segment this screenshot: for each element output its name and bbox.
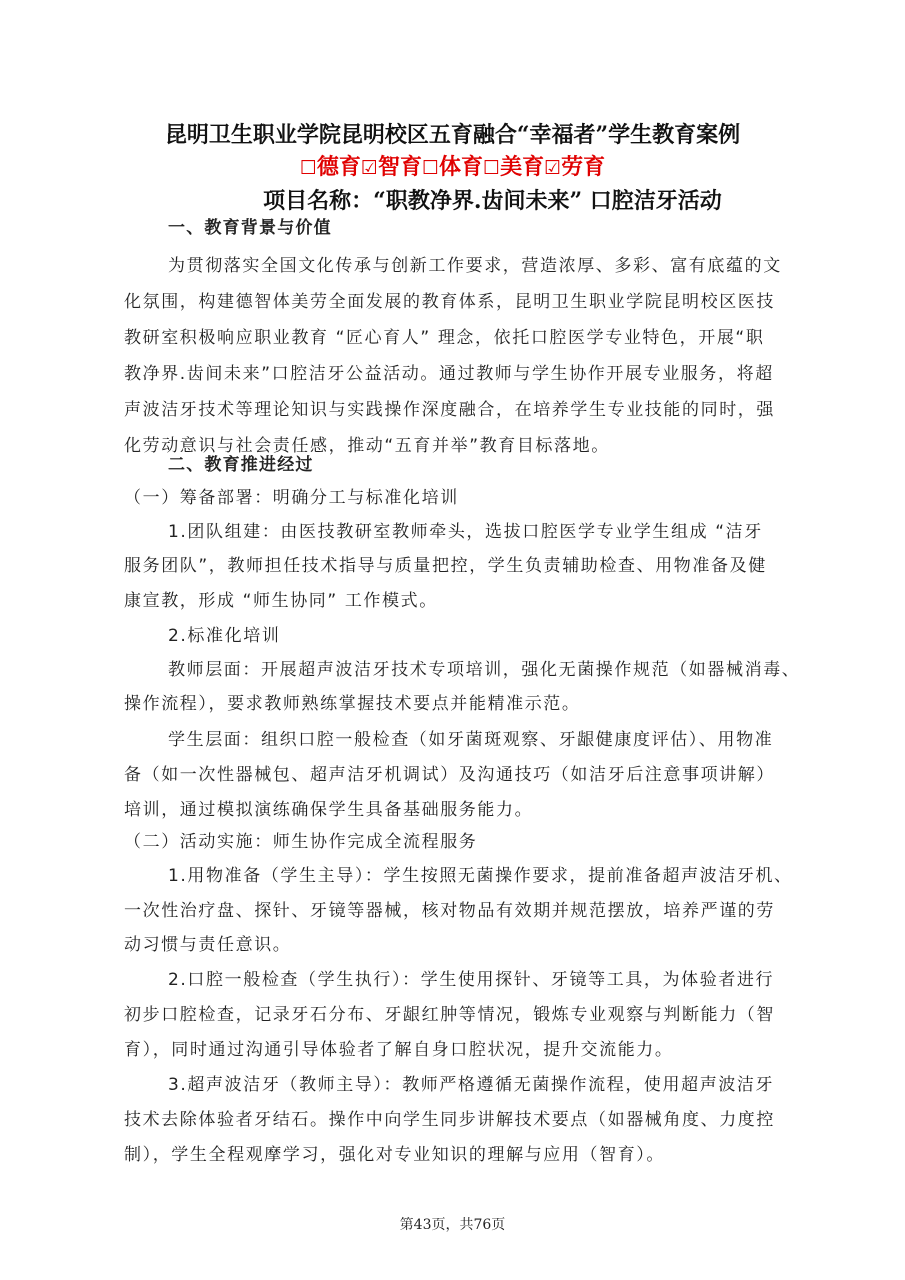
paragraph-line: 动习惯与责任意识。 (124, 935, 784, 955)
paragraph-line: 化氛围，构建德智体美劳全面发展的教育体系，昆明卫生职业学院昆明校区医技 (124, 292, 784, 312)
project-name: 项目名称：“职教净界.齿间未来” 口腔洁牙活动 (40, 184, 905, 215)
section-heading-process: 二、教育推进经过 (168, 455, 828, 475)
checkbox-deyu-unchecked-icon: ☐ (300, 157, 317, 179)
category-tiyu: 体育 (439, 154, 483, 180)
paragraph-line: 学生层面：组织口腔一般检查（如牙菌斑观察、牙龈健康度评估）、用物准 (168, 730, 828, 750)
paragraph-line: 教师层面：开展超声波洁牙技术专项培训，强化无菌操作规范（如器械消毒、 (168, 660, 828, 680)
checkbox-meiyu-unchecked-icon: ☐ (483, 157, 500, 179)
paragraph-line: 备（如一次性器械包、超声洁牙机调试）及沟通技巧（如洁牙后注意事项讲解） (124, 765, 784, 785)
paragraph-line: 培训，通过模拟演练确保学生具备基础服务能力。 (124, 800, 784, 820)
paragraph-line: 1.团队组建：由医技教研室教师牵头，选拔口腔医学专业学生组成 “洁牙 (168, 522, 828, 542)
checkbox-zhiyu-checked-icon: ☑ (361, 157, 378, 179)
paragraph-line: 技术去除体验者牙结石。操作中向学生同步讲解技术要点（如器械角度、力度控 (124, 1110, 784, 1130)
subsection-heading-implementation: （二）活动实施：师生协作完成全流程服务 (124, 832, 784, 852)
paragraph-line: 育），同时通过沟通引导体验者了解自身口腔状况，提升交流能力。 (124, 1040, 784, 1060)
subsection-heading-preparation: （一）筹备部署：明确分工与标准化培训 (124, 488, 784, 508)
paragraph-line: 化劳动意识与社会责任感，推动“五育并举”教育目标落地。 (124, 436, 784, 456)
paragraph-line: 操作流程），要求教师熟练掌握技术要点并能精准示范。 (124, 694, 784, 714)
paragraph-line: 3.超声波洁牙（教师主导）：教师严格遵循无菌操作流程，使用超声波洁牙 (168, 1075, 828, 1095)
paragraph-line: 为贯彻落实全国文化传承与创新工作要求，营造浓厚、多彩、富有底蕴的文 (168, 256, 828, 276)
paragraph-line: 2.口腔一般检查（学生执行）：学生使用探针、牙镜等工具，为体验者进行 (168, 970, 828, 990)
category-zhiyu: 智育 (378, 154, 422, 180)
paragraph-line: 1.用物准备（学生主导）：学生按照无菌操作要求，提前准备超声波洁牙机、 (168, 866, 828, 886)
category-meiyu: 美育 (500, 154, 544, 180)
category-deyu: 德育 (317, 154, 361, 180)
paragraph-line: 声波洁牙技术等理论知识与实践操作深度融合，在培养学生专业技能的同时，强 (124, 400, 784, 420)
section-heading-background: 一、教育背景与价值 (168, 218, 828, 238)
checkbox-laoyu-checked-icon: ☑ (544, 157, 561, 179)
page-number-footer: 第43页，共76页 (0, 1214, 905, 1234)
paragraph-line: 康宣教，形成 “师生协同” 工作模式。 (124, 591, 784, 611)
paragraph-line: 制），学生全程观摩学习，强化对专业知识的理解与应用（智育）。 (124, 1145, 784, 1165)
checkbox-tiyu-unchecked-icon: ☐ (422, 157, 439, 179)
document-title: 昆明卫生职业学院昆明校区五育融合“幸福者”学生教育案例 (0, 118, 905, 149)
category-laoyu: 劳育 (561, 154, 605, 180)
education-category-checkboxes: ☐德育☑智育☐体育☐美育☑劳育 (0, 150, 905, 181)
paragraph-line: 一次性治疗盘、探针、牙镜等器械，核对物品有效期并规范摆放，培养严谨的劳 (124, 901, 784, 921)
paragraph-line: 教研室积极响应职业教育 “匠心育人” 理念，依托口腔医学专业特色，开展“职 (124, 328, 784, 348)
item-heading-training: 2.标准化培训 (168, 626, 828, 646)
paragraph-line: 服务团队”，教师担任技术指导与质量把控，学生负责辅助检查、用物准备及健 (124, 556, 784, 576)
paragraph-line: 教净界.齿间未来”口腔洁牙公益活动。通过教师与学生协作开展专业服务，将超 (124, 364, 784, 384)
paragraph-line: 初步口腔检查，记录牙石分布、牙龈红肿等情况，锻炼专业观察与判断能力（智 (124, 1005, 784, 1025)
document-page: 昆明卫生职业学院昆明校区五育融合“幸福者”学生教育案例 ☐德育☑智育☐体育☐美育… (0, 0, 905, 1280)
